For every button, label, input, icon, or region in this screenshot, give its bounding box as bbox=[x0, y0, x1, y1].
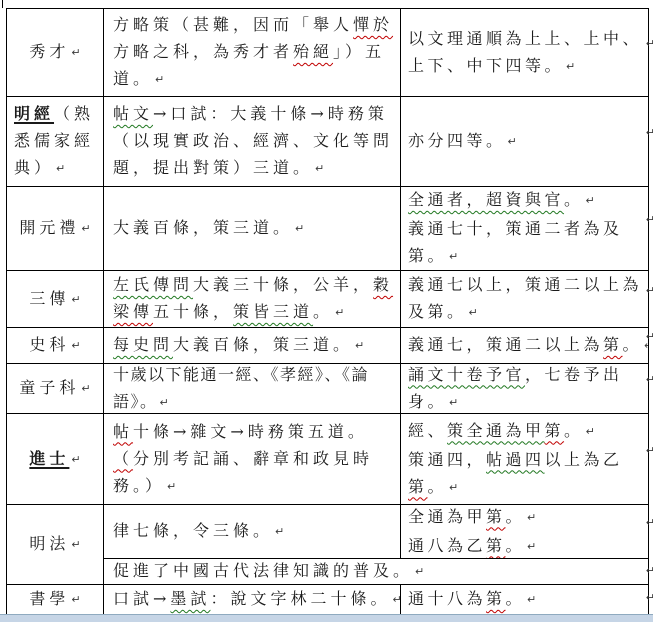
text-segment: 亦分四等。 bbox=[408, 131, 506, 150]
cell-shike-exam[interactable]: 每史問大義百條，策三道。↵ bbox=[104, 328, 401, 364]
cell-kaiyuanli-subject[interactable]: 開元禮↵ bbox=[7, 187, 104, 271]
end-of-row-marker: ↵ bbox=[646, 516, 653, 529]
end-of-cell-marker: ↵ bbox=[392, 593, 401, 606]
text-segment: 大義百條，策三道。 bbox=[173, 335, 353, 354]
spellcheck-red-squiggle: 第 bbox=[408, 477, 428, 496]
spellcheck-red-squiggle: 第 bbox=[486, 589, 506, 608]
cell-jinshi-subject[interactable]: 進士↵ bbox=[7, 414, 104, 505]
cell-kaiyuanli-grading[interactable]: 全通者，超資與官。↵義通七十，策通二者為及第。↵ bbox=[401, 187, 648, 271]
end-of-cell-marker: ↵ bbox=[566, 60, 575, 73]
spellcheck-red-squiggle: 第 bbox=[545, 421, 565, 440]
cell-mingjing-subject[interactable]: 明經（熟悉儒家經典）↵ bbox=[7, 97, 104, 187]
text-segment: 律七條，令三條。 bbox=[113, 521, 273, 540]
bold-underlined-term: 進士 bbox=[29, 449, 69, 468]
spellcheck-red-squiggle: 第 bbox=[486, 507, 506, 526]
text-segment: 秀才 bbox=[29, 42, 69, 61]
text-segment: ，七卷予出 bbox=[525, 365, 623, 384]
end-of-cell-marker: ↵ bbox=[469, 306, 478, 319]
cell-shike-subject[interactable]: 史科↵ bbox=[7, 328, 104, 364]
end-of-cell-marker: ↵ bbox=[56, 162, 65, 175]
text-segment: 策通四， bbox=[408, 450, 486, 469]
end-of-cell-marker: ↵ bbox=[527, 511, 536, 524]
spellcheck-red-squiggle: 第 bbox=[486, 536, 506, 555]
cell-shuxue-exam[interactable]: 口試→墨試：說文字林二十條。↵ bbox=[104, 585, 401, 614]
cell-mingfa-note[interactable]: 促進了中國古代法律知識的普及。↵ bbox=[104, 559, 648, 585]
grammar-green-squiggle: 策皆三道 bbox=[233, 302, 313, 321]
end-of-cell-marker: ↵ bbox=[275, 525, 284, 538]
cell-xiucai-grading[interactable]: 以文理通順為上上、上中、上下、中下四等。↵ bbox=[401, 9, 648, 97]
cell-tongzike-subject[interactable]: 童子科↵ bbox=[7, 364, 104, 414]
cell-xiucai-exam[interactable]: 方略策（甚難，因而「舉人憚於方略之科，為秀才者殆絕」）五道。↵ bbox=[104, 9, 401, 97]
text-segment: 經、 bbox=[408, 421, 447, 440]
text-segment: 大義三十條，公羊， bbox=[193, 275, 373, 294]
cell-xiucai-subject[interactable]: 秀才↵ bbox=[7, 9, 104, 97]
end-of-row-marker: ↵ bbox=[646, 591, 653, 604]
text-segment: 義通七十，策通二者為及 bbox=[408, 219, 623, 238]
cell-sanchuan-subject[interactable]: 三傳↵ bbox=[7, 271, 104, 328]
spellcheck-red-squiggle: 梁傳 bbox=[113, 302, 153, 321]
grammar-green-squiggle: 誦文十卷予官 bbox=[408, 365, 525, 384]
end-of-cell-marker: ↵ bbox=[508, 135, 517, 148]
end-of-cell-marker: ↵ bbox=[527, 593, 536, 606]
text-segment: 書學 bbox=[29, 589, 69, 608]
text-segment: 方略之科，為秀才者 bbox=[113, 42, 293, 61]
text-segment: 」）五 bbox=[333, 42, 385, 61]
end-of-cell-marker: ↵ bbox=[160, 396, 169, 409]
text-segment: （熟 bbox=[54, 104, 94, 123]
document-page: 秀才↵ 方略策（甚難，因而「舉人憚於方略之科，為秀才者殆絕」）五道。↵ 以文理通… bbox=[0, 0, 653, 622]
cell-mingfa-grading[interactable]: 全通為甲第。↵通八為乙第。↵ bbox=[401, 505, 648, 559]
end-of-cell-marker: ↵ bbox=[167, 480, 176, 493]
text-segment: 務。） bbox=[113, 476, 165, 495]
table-row-sanchuan: 三傳↵ 左氏傳問大義三十條，公羊，穀梁傳五十條，策皆三道。↵ 義通七以上，策通二… bbox=[7, 271, 648, 328]
end-of-cell-marker: ↵ bbox=[71, 293, 80, 306]
grammar-green-squiggle: 墨試 bbox=[170, 589, 210, 608]
cell-kaiyuanli-exam[interactable]: 大義百條，策三道。↵ bbox=[104, 187, 401, 271]
cell-shike-grading[interactable]: 義通七，策通二以上為第。↵ bbox=[401, 328, 648, 364]
text-segment: 通八為乙 bbox=[408, 536, 486, 555]
end-of-cell-marker: ↵ bbox=[586, 194, 595, 207]
cell-sanchuan-exam[interactable]: 左氏傳問大義三十條，公羊，穀梁傳五十條，策皆三道。↵ bbox=[104, 271, 401, 328]
end-of-cell-marker: ↵ bbox=[71, 453, 80, 466]
text-segment: 。 bbox=[506, 589, 526, 608]
grammar-green-squiggle: 帖文 bbox=[113, 104, 153, 123]
text-segment: ：說文字林二十條。 bbox=[210, 589, 390, 608]
table-row-kaiyuanli: 開元禮↵ 大義百條，策三道。↵ 全通者，超資與官。↵義通七十，策通二者為及第。↵… bbox=[7, 187, 648, 271]
text-segment: →口試：大義十條→時務策 bbox=[153, 104, 388, 123]
text-segment: 以上為乙 bbox=[545, 450, 623, 469]
cell-tongzike-grading[interactable]: 誦文十卷予官，七卷予出身。↵ bbox=[401, 364, 648, 414]
text-segment: 義通七，策通二以上為 bbox=[408, 335, 603, 354]
end-of-cell-marker: ↵ bbox=[315, 162, 324, 175]
cell-mingjing-exam[interactable]: 帖文→口試：大義十條→時務策（以現實政治、經濟、文化等問題，提出對策）三道。↵ bbox=[104, 97, 401, 187]
end-of-cell-marker: ↵ bbox=[71, 593, 80, 606]
text-segment: 題，提出對策）三道。 bbox=[113, 158, 313, 177]
grammar-green-squiggle: 策全通為甲 bbox=[447, 421, 545, 440]
text-segment: 。 bbox=[623, 335, 643, 354]
text-segment: 大義百條，策三道。 bbox=[113, 218, 293, 237]
end-of-row-marker: ↵ bbox=[646, 564, 653, 577]
end-of-row-marker: ↵ bbox=[646, 284, 653, 297]
table-row-tongzike: 童子科↵ 十歲以下能通一經、《孝經》、《論語》。↵ 誦文十卷予官，七卷予出身。↵… bbox=[7, 364, 648, 414]
mingfa-subrow-note: 促進了中國古代法律知識的普及。↵ ↵ bbox=[104, 559, 648, 585]
text-segment: 。 bbox=[564, 190, 584, 209]
end-of-row-marker: ↵ bbox=[646, 213, 653, 226]
end-of-row-marker: ↵ bbox=[646, 37, 653, 50]
text-segment: 通十八為 bbox=[408, 589, 486, 608]
grammar-green-squiggle: 全通者，超資與官 bbox=[408, 190, 564, 209]
end-of-cell-marker: ↵ bbox=[527, 540, 536, 553]
text-segment: 口試→ bbox=[113, 589, 170, 608]
text-segment: 全通為甲 bbox=[408, 507, 486, 526]
grammar-green-squiggle: 左氏傳問 bbox=[113, 275, 193, 294]
text-segment: 三傳 bbox=[29, 289, 69, 308]
end-of-cell-marker: ↵ bbox=[81, 222, 90, 235]
text-segment: 義通七以上，策通二以上為 bbox=[408, 275, 642, 294]
spellcheck-red-squiggle: 第 bbox=[603, 335, 623, 354]
end-of-cell-marker: ↵ bbox=[335, 306, 344, 319]
table-row-mingjing: 明經（熟悉儒家經典）↵ 帖文→口試：大義十條→時務策（以現實政治、經濟、文化等問… bbox=[7, 97, 648, 187]
table-row-xiucai: 秀才↵ 方略策（甚難，因而「舉人憚於方略之科，為秀才者殆絕」）五道。↵ 以文理通… bbox=[7, 9, 648, 97]
end-of-cell-marker: ↵ bbox=[155, 73, 164, 86]
text-segment: 史科 bbox=[29, 335, 69, 354]
grammar-green-squiggle: 帖過四 bbox=[486, 450, 545, 469]
end-of-cell-marker: ↵ bbox=[71, 46, 80, 59]
cell-jinshi-grading[interactable]: 經、策全通為甲第。↵策通四，帖過四以上為乙第。↵ bbox=[401, 414, 648, 505]
text-segment: 方略策（甚難，因而「舉人 bbox=[113, 15, 353, 34]
text-segment: 及第。 bbox=[408, 302, 467, 321]
text-segment: 第。 bbox=[408, 246, 447, 265]
bold-underlined-term: 明經 bbox=[14, 104, 54, 123]
end-of-cell-marker: ↵ bbox=[71, 339, 80, 352]
text-segment: （以現實政治、經濟、文化等問 bbox=[113, 131, 393, 150]
cell-mingjing-grading[interactable]: 亦分四等。↵ bbox=[401, 97, 648, 187]
text-segment: 五十條， bbox=[153, 302, 233, 321]
text-segment: 促進了中國古代法律知識的普及。 bbox=[113, 561, 413, 580]
text-segment: 。 bbox=[506, 536, 526, 555]
cell-sanchuan-grading[interactable]: 義通七以上，策通二以上為及第。↵ bbox=[401, 271, 648, 328]
grammar-green-squiggle: 每史問 bbox=[113, 335, 173, 354]
end-of-cell-marker: ↵ bbox=[415, 565, 424, 578]
end-of-cell-marker: ↵ bbox=[586, 425, 595, 438]
text-segment: 開元禮 bbox=[19, 218, 79, 237]
text-segment: 明法 bbox=[29, 534, 69, 553]
end-of-row-marker: ↵ bbox=[646, 373, 653, 386]
table-row-shuxue: 書學↵ 口試→墨試：說文字林二十條。↵ 通十八為第。↵ ↵ bbox=[7, 585, 648, 614]
text-segment: 。 bbox=[313, 302, 333, 321]
end-of-row-marker: ↵ bbox=[646, 330, 653, 343]
table-row-shike: 史科↵ 每史問大義百條，策三道。↵ 義通七，策通二以上為第。↵ ↵ bbox=[7, 328, 648, 364]
cell-shuxue-subject[interactable]: 書學↵ bbox=[7, 585, 104, 614]
text-segment: 語》。 bbox=[113, 392, 158, 411]
text-segment: 十條→雜文→時務策五道。 bbox=[133, 422, 368, 441]
end-of-cell-marker: ↵ bbox=[295, 222, 304, 235]
spellcheck-red-squiggle: 殆絕 bbox=[293, 42, 333, 61]
window-bottom-edge bbox=[0, 614, 653, 622]
spellcheck-red-squiggle: 憚於 bbox=[353, 15, 393, 34]
table-row-mingfa: 明法↵ 律七條，令三條。↵ 全通為甲第。↵通八為乙第。↵ ↵ 促進了中國古代法律… bbox=[7, 505, 648, 585]
exam-subjects-table: 秀才↵ 方略策（甚難，因而「舉人憚於方略之科，為秀才者殆絕」）五道。↵ 以文理通… bbox=[6, 8, 649, 615]
end-of-cell-marker: ↵ bbox=[71, 538, 80, 551]
spellcheck-red-squiggle: 帖 bbox=[113, 422, 133, 441]
text-segment: 以文理通順為上上、上中、 bbox=[408, 29, 642, 48]
text-segment: 。 bbox=[428, 477, 448, 496]
end-of-cell-marker: ↵ bbox=[81, 382, 90, 395]
mingfa-subrow-exam: 律七條，令三條。↵ 全通為甲第。↵通八為乙第。↵ ↵ bbox=[104, 505, 648, 559]
text-segment: 身。 bbox=[408, 392, 447, 411]
text-segment: 分別考記誦、辭章和政見時 bbox=[133, 449, 373, 468]
text-segment: 道。 bbox=[113, 69, 153, 88]
text-segment: 悉儒家經 bbox=[14, 131, 94, 150]
text-segment: 童子科 bbox=[19, 378, 79, 397]
cell-shuxue-grading[interactable]: 通十八為第。↵ bbox=[401, 585, 648, 614]
cell-mingfa-subject[interactable]: 明法↵ bbox=[7, 505, 104, 585]
end-of-row-marker: ↵ bbox=[646, 444, 653, 457]
text-segment: 十歲以下能通一經、《孝經》、《論 bbox=[113, 365, 369, 384]
cell-mingfa-exam[interactable]: 律七條，令三條。↵ bbox=[104, 505, 401, 559]
text-segment: 。 bbox=[506, 507, 526, 526]
text-segment: 典） bbox=[14, 158, 54, 177]
end-of-cell-marker: ↵ bbox=[449, 250, 458, 263]
table-row-jinshi: 進士↵ 帖十條→雜文→時務策五道。（分別考記誦、辭章和政見時務。）↵ 經、策全通… bbox=[7, 414, 648, 505]
text-segment: 上下、中下四等。 bbox=[408, 56, 564, 75]
end-of-cell-marker: ↵ bbox=[449, 481, 458, 494]
cell-tongzike-exam[interactable]: 十歲以下能通一經、《孝經》、《論語》。↵ bbox=[104, 364, 401, 414]
end-of-cell-marker: ↵ bbox=[449, 396, 458, 409]
text-segment: 。 bbox=[564, 421, 584, 440]
cell-jinshi-exam[interactable]: 帖十條→雜文→時務策五道。（分別考記誦、辭章和政見時務。）↵ bbox=[104, 414, 401, 505]
end-of-cell-marker: ↵ bbox=[355, 339, 364, 352]
mingfa-right-group: 律七條，令三條。↵ 全通為甲第。↵通八為乙第。↵ ↵ 促進了中國古代法律知識的普… bbox=[104, 505, 648, 585]
end-of-row-marker: ↵ bbox=[646, 126, 653, 139]
spellcheck-red-squiggle: （ bbox=[113, 449, 133, 468]
table-border-remnant bbox=[2, 0, 3, 8]
spellcheck-red-squiggle: 穀 bbox=[373, 275, 393, 294]
